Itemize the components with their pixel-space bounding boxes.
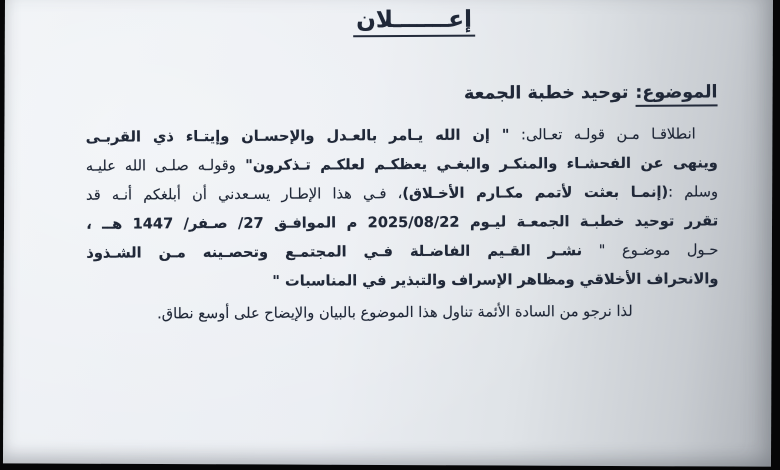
body-line: وينهى عن الفحشـاء والمنكـر والبغـي يعظكـ… bbox=[86, 148, 718, 180]
body-text-segment: وسلم : bbox=[668, 183, 718, 200]
body-text-segment: " إن الله يـامر بالعـدل والإحسـان وإيتـا… bbox=[86, 126, 510, 145]
body-text-segment: نشـر القـيم الفاضـلة فـي المجتمـع وتحصـي… bbox=[86, 242, 582, 262]
body-paragraph: انطلاقـا مـن قولـه تعـالى: " إن الله يـا… bbox=[86, 119, 719, 296]
body-line: وسلم :(إنمـا بعثت لأتمم مكـارم الأخـلاق)… bbox=[86, 177, 718, 209]
subject-line: الموضوع:توحيد خطبة الجمعة bbox=[85, 82, 717, 109]
body-text-segment: ، فـي هذا الإطـار يسـعدني أن أبلغكم أنـه… bbox=[86, 185, 402, 204]
body-text-segment: تقرر توحيد خطبـة الجمعـة ليـوم 2025/08/2… bbox=[86, 212, 718, 232]
body-text-segment: وينهى عن الفحشـاء والمنكـر والبغـي يعظكـ… bbox=[236, 154, 718, 174]
subject-label: الموضوع: bbox=[635, 82, 717, 106]
body-line: انطلاقـا مـن قولـه تعـالى: " إن الله يـا… bbox=[86, 119, 718, 151]
page-title: إعـــــــلان bbox=[353, 7, 475, 38]
body-text-segment: والانحراف الأخلاقي ومظاهر الإسراف والتبذ… bbox=[272, 270, 718, 289]
body-line: حـول موضـوع " نشـر القـيم الفاضـلة فـي ا… bbox=[86, 235, 718, 267]
subject-value: توحيد خطبة الجمعة bbox=[464, 83, 629, 104]
photo-frame: إعـــــــلان الموضوع:توحيد خطبة الجمعة ا… bbox=[0, 0, 780, 470]
scanned-paper: إعـــــــلان الموضوع:توحيد خطبة الجمعة ا… bbox=[3, 0, 773, 467]
body-text-segment: (إنمـا بعثت لأتمم مكـارم الأخـلاق) bbox=[402, 184, 668, 202]
body-line: والانحراف الأخلاقي ومظاهر الإسراف والتبذ… bbox=[86, 264, 718, 296]
body-text-segment: انطلاقـا مـن قولـه تعـالى: bbox=[509, 126, 695, 144]
body-text-segment: وقولـه صلـى الله عليـه bbox=[86, 157, 236, 175]
closing-line: لذا نرجو من السادة الأئمة تناول هذا المو… bbox=[87, 296, 719, 328]
title-row: إعـــــــلان bbox=[85, 5, 717, 38]
body-line: تقرر توحيد خطبـة الجمعـة ليـوم 2025/08/2… bbox=[86, 206, 718, 238]
document-content: إعـــــــلان الموضوع:توحيد خطبة الجمعة ا… bbox=[85, 0, 719, 329]
body-text-segment: حـول موضـوع " bbox=[582, 241, 718, 259]
